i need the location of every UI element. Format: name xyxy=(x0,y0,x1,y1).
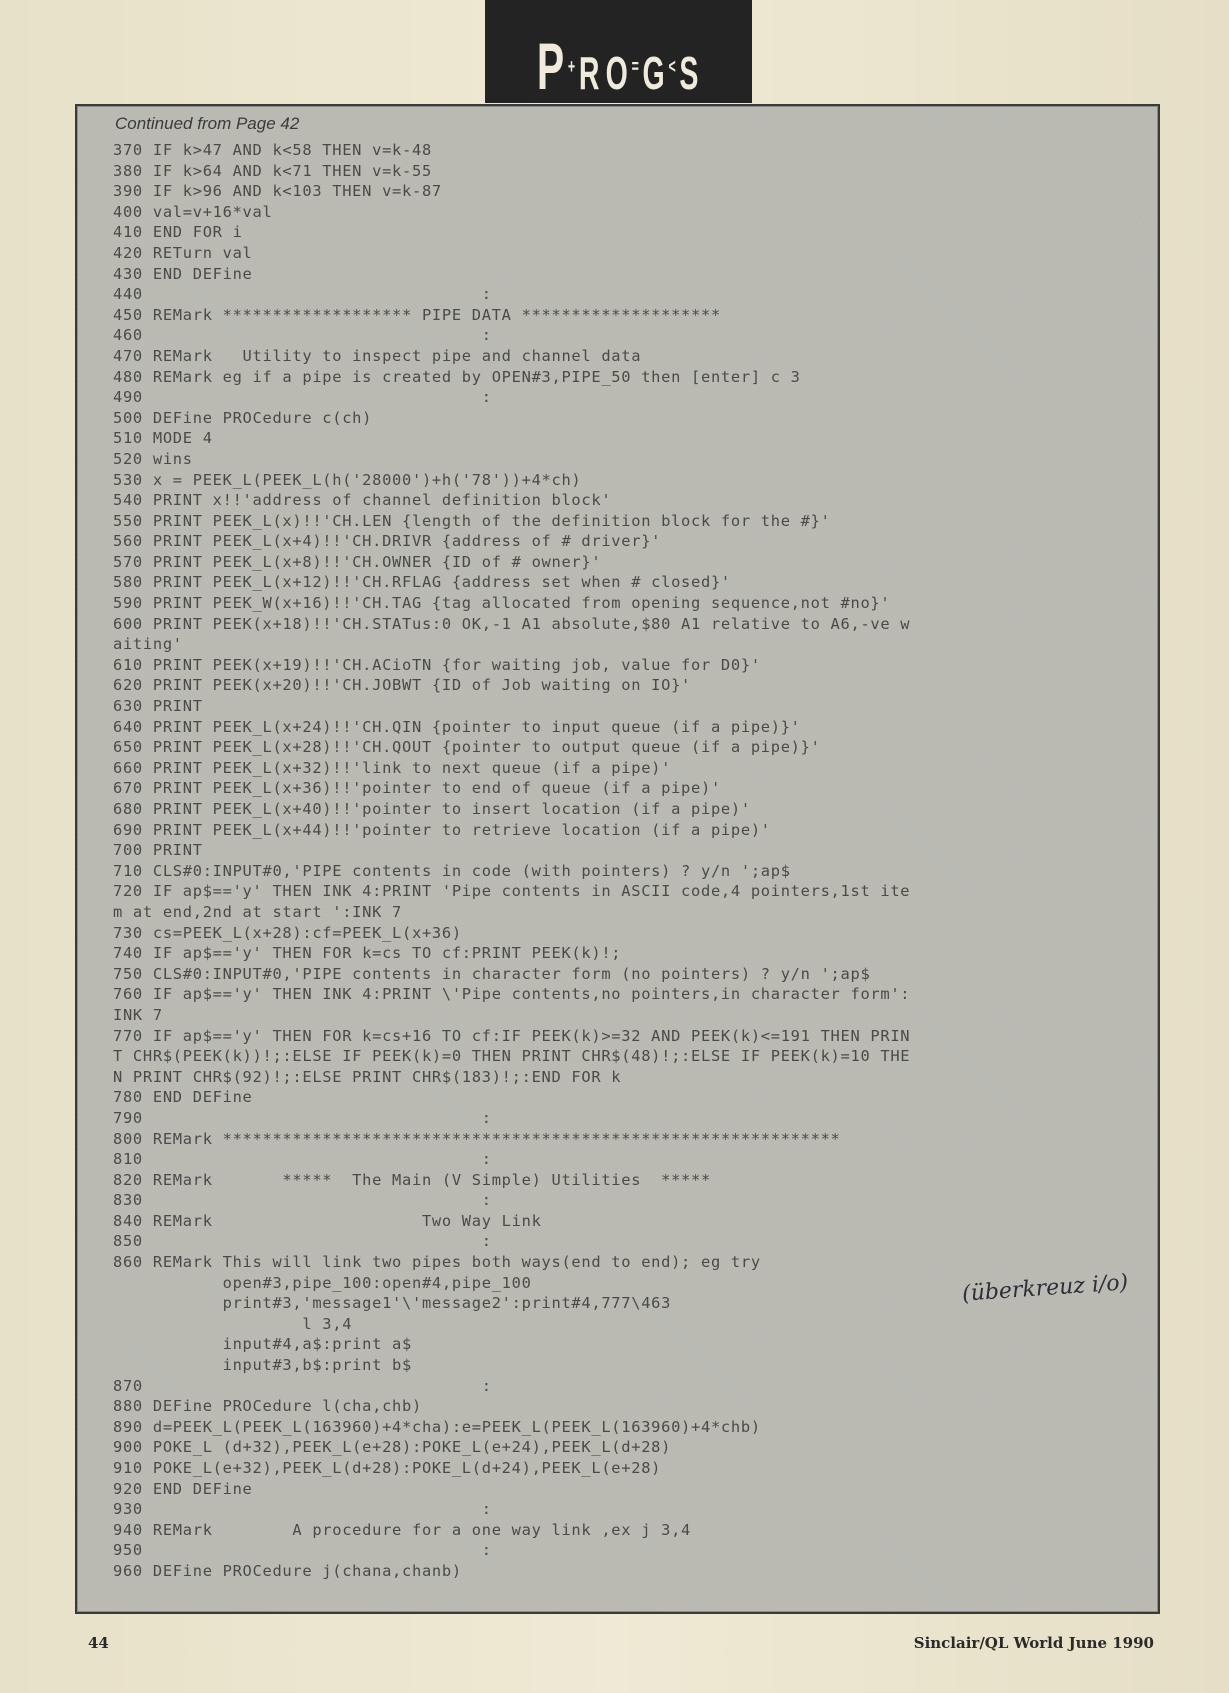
code-line: 780 END DEFine xyxy=(113,1087,1138,1108)
title-letter: G xyxy=(643,47,666,99)
code-line: 820 REMark ***** The Main (V Simple) Uti… xyxy=(113,1170,1138,1191)
code-line: input#3,b$:print b$ xyxy=(113,1355,1138,1376)
code-line: 910 POKE_L(e+32),PEEK_L(d+28):POKE_L(d+2… xyxy=(113,1458,1138,1479)
code-listing: 370 IF k>47 AND k<58 THEN v=k-48380 IF k… xyxy=(113,140,1138,1582)
code-line: 580 PRINT PEEK_L(x+12)!!'CH.RFLAG {addre… xyxy=(113,572,1138,593)
code-line: 860 REMark This will link two pipes both… xyxy=(113,1252,1138,1273)
code-line: 650 PRINT PEEK_L(x+28)!!'CH.QOUT {pointe… xyxy=(113,737,1138,758)
code-line: 520 wins xyxy=(113,449,1138,470)
code-line: 400 val=v+16*val xyxy=(113,202,1138,223)
code-line: 770 IF ap$=='y' THEN FOR k=cs+16 TO cf:I… xyxy=(113,1026,1138,1047)
code-line: input#4,a$:print a$ xyxy=(113,1334,1138,1355)
code-line: 570 PRINT PEEK_L(x+8)!!'CH.OWNER {ID of … xyxy=(113,552,1138,573)
code-line: 800 REMark *****************************… xyxy=(113,1129,1138,1150)
code-line: 760 IF ap$=='y' THEN INK 4:PRINT \'Pipe … xyxy=(113,984,1138,1005)
continued-note: Continued from Page 42 xyxy=(115,114,299,134)
code-line: 940 REMark A procedure for a one way lin… xyxy=(113,1520,1138,1541)
code-line: 380 IF k>64 AND k<71 THEN v=k-55 xyxy=(113,161,1138,182)
code-line: 710 CLS#0:INPUT#0,'PIPE contents in code… xyxy=(113,861,1138,882)
page-number: 44 xyxy=(88,1634,109,1652)
title-letter: O xyxy=(606,47,629,99)
code-line: 920 END DEFine xyxy=(113,1479,1138,1500)
title-letter: S xyxy=(680,47,700,99)
code-line: 730 cs=PEEK_L(x+28):cf=PEEK_L(x+36) xyxy=(113,923,1138,944)
code-line: 960 DEFine PROCedure j(chana,chanb) xyxy=(113,1561,1138,1582)
code-line: 480 REMark eg if a pipe is created by OP… xyxy=(113,367,1138,388)
code-line: 830 : xyxy=(113,1190,1138,1211)
code-line: 450 REMark ******************* PIPE DATA… xyxy=(113,305,1138,326)
code-line: 610 PRINT PEEK(x+19)!!'CH.ACioTN {for wa… xyxy=(113,655,1138,676)
code-line: 880 DEFine PROCedure l(cha,chb) xyxy=(113,1396,1138,1417)
code-line: 600 PRINT PEEK(x+18)!!'CH.STATus:0 OK,-1… xyxy=(113,614,1138,635)
code-line: 440 : xyxy=(113,284,1138,305)
code-line: 540 PRINT x!!'address of channel definit… xyxy=(113,490,1138,511)
code-line: 590 PRINT PEEK_W(x+16)!!'CH.TAG {tag all… xyxy=(113,593,1138,614)
code-line: T CHR$(PEEK(k))!;:ELSE IF PEEK(k)=0 THEN… xyxy=(113,1046,1138,1067)
code-line: 670 PRINT PEEK_L(x+36)!!'pointer to end … xyxy=(113,778,1138,799)
code-line: 840 REMark Two Way Link xyxy=(113,1211,1138,1232)
title-separator: = xyxy=(632,56,640,78)
title-letter: R xyxy=(579,47,601,99)
code-line: 750 CLS#0:INPUT#0,'PIPE contents in char… xyxy=(113,964,1138,985)
code-line: 560 PRINT PEEK_L(x+4)!!'CH.DRIVR {addres… xyxy=(113,531,1138,552)
code-line: 740 IF ap$=='y' THEN FOR k=cs TO cf:PRIN… xyxy=(113,943,1138,964)
code-line: 620 PRINT PEEK(x+20)!!'CH.JOBWT {ID of J… xyxy=(113,675,1138,696)
code-line: aiting' xyxy=(113,634,1138,655)
title-separator: < xyxy=(669,56,677,78)
code-line: 870 : xyxy=(113,1376,1138,1397)
code-line: 500 DEFine PROCedure c(ch) xyxy=(113,408,1138,429)
code-line: 550 PRINT PEEK_L(x)!!'CH.LEN {length of … xyxy=(113,511,1138,532)
code-line: 390 IF k>96 AND k<103 THEN v=k-87 xyxy=(113,181,1138,202)
title-separator: + xyxy=(568,56,576,78)
code-line: 950 : xyxy=(113,1540,1138,1561)
code-line: 690 PRINT PEEK_L(x+44)!!'pointer to retr… xyxy=(113,820,1138,841)
code-line: 490 : xyxy=(113,387,1138,408)
code-line: 850 : xyxy=(113,1231,1138,1252)
section-header: P+RO=G<S xyxy=(485,0,752,103)
code-line: 370 IF k>47 AND k<58 THEN v=k-48 xyxy=(113,140,1138,161)
code-line: 430 END DEFine xyxy=(113,264,1138,285)
code-line: INK 7 xyxy=(113,1005,1138,1026)
magazine-footer: Sinclair/QL World June 1990 xyxy=(914,1634,1154,1652)
code-line: 790 : xyxy=(113,1108,1138,1129)
code-line: N PRINT CHR$(92)!;:ELSE PRINT CHR$(183)!… xyxy=(113,1067,1138,1088)
section-title: P+RO=G<S xyxy=(537,33,700,99)
code-line: 930 : xyxy=(113,1499,1138,1520)
title-letter: P xyxy=(537,29,566,103)
code-line: l 3,4 xyxy=(113,1314,1138,1335)
code-line: 660 PRINT PEEK_L(x+32)!!'link to next qu… xyxy=(113,758,1138,779)
code-line: m at end,2nd at start ':INK 7 xyxy=(113,902,1138,923)
code-line: 420 RETurn val xyxy=(113,243,1138,264)
code-line: 890 d=PEEK_L(PEEK_L(163960)+4*cha):e=PEE… xyxy=(113,1417,1138,1438)
code-line: 460 : xyxy=(113,325,1138,346)
code-line: 410 END FOR i xyxy=(113,222,1138,243)
code-line: 640 PRINT PEEK_L(x+24)!!'CH.QIN {pointer… xyxy=(113,717,1138,738)
code-line: 810 : xyxy=(113,1149,1138,1170)
program-listing-box: Continued from Page 42 370 IF k>47 AND k… xyxy=(75,104,1160,1614)
code-line: 510 MODE 4 xyxy=(113,428,1138,449)
code-line: 700 PRINT xyxy=(113,840,1138,861)
code-line: 720 IF ap$=='y' THEN INK 4:PRINT 'Pipe c… xyxy=(113,881,1138,902)
code-line: 900 POKE_L (d+32),PEEK_L(e+28):POKE_L(e+… xyxy=(113,1437,1138,1458)
code-line: 680 PRINT PEEK_L(x+40)!!'pointer to inse… xyxy=(113,799,1138,820)
code-line: 530 x = PEEK_L(PEEK_L(h('28000')+h('78')… xyxy=(113,470,1138,491)
code-line: 470 REMark Utility to inspect pipe and c… xyxy=(113,346,1138,367)
code-line: 630 PRINT xyxy=(113,696,1138,717)
